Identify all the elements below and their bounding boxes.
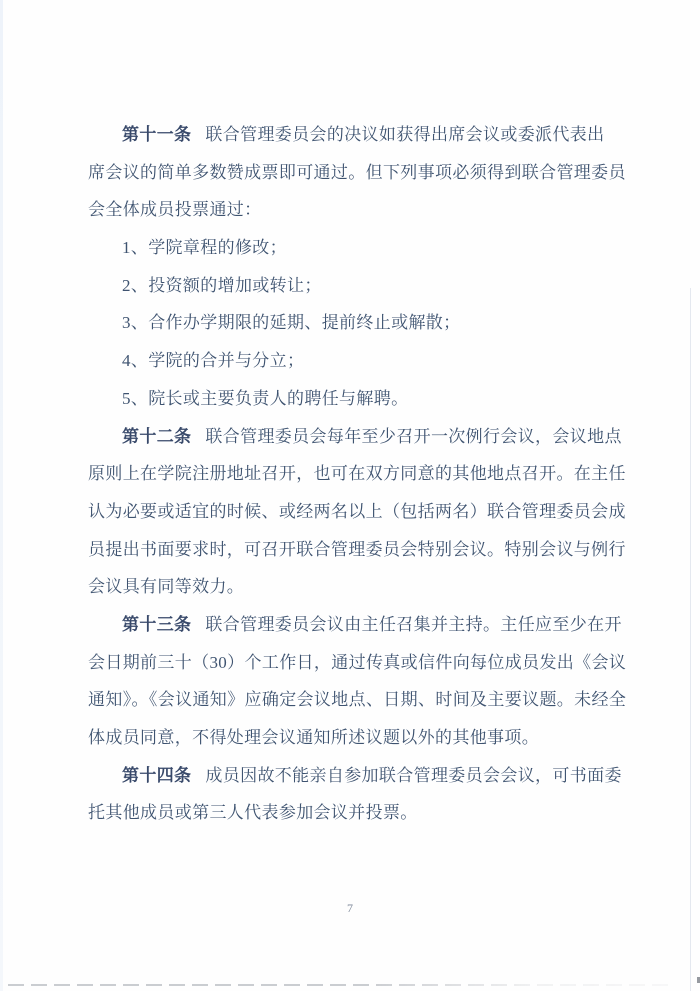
article-13-line-4: 体成员同意，不得处理会议通知所述议题以外的其他事项。 — [88, 719, 633, 757]
article-14-line-2: 托其他成员或第三人代表参加会议并投票。 — [88, 794, 633, 832]
article-12-label: 第十二条 — [122, 427, 191, 446]
document-body: 第十一条联合管理委员会的决议如获得出席会议或委派代表出 席会议的简单多数赞成票即… — [88, 116, 633, 832]
article-12-line-1: 第十二条联合管理委员会每年至少召开一次例行会议，会议地点 — [88, 418, 633, 456]
article-11-line-1-text: 联合管理委员会的决议如获得出席会议或委派代表出 — [205, 125, 604, 144]
article-13-label: 第十三条 — [122, 615, 191, 634]
article-13-line-2: 会日期前三十（30）个工作日，通过传真或信件向每位成员发出《会议 — [88, 644, 633, 682]
vote-item-1: 1、学院章程的修改； — [88, 229, 633, 267]
vote-item-2: 2、投资额的增加或转让； — [88, 267, 633, 305]
article-11-line-3: 会全体成员投票通过： — [88, 191, 633, 229]
page-number: 7 — [0, 901, 700, 916]
article-12-line-5: 会议具有同等效力。 — [88, 568, 633, 606]
article-12-line-1-text: 联合管理委员会每年至少召开一次例行会议，会议地点 — [205, 427, 621, 446]
scan-right-edge-artifact — [690, 288, 691, 991]
vote-item-3: 3、合作办学期限的延期、提前终止或解散； — [88, 304, 633, 342]
document-page: 第十一条联合管理委员会的决议如获得出席会议或委派代表出 席会议的简单多数赞成票即… — [0, 0, 700, 991]
scan-bottom-edge-artifact — [8, 984, 668, 986]
scan-left-edge-artifact — [0, 0, 3, 991]
article-14-line-1-text: 成员因故不能亲自参加联合管理委员会会议，可书面委 — [205, 766, 621, 785]
article-13-line-1-text: 联合管理委员会议由主任召集并主持。主任应至少在开 — [205, 615, 621, 634]
article-11-label: 第十一条 — [122, 125, 191, 144]
article-12-line-2: 原则上在学院注册地址召开，也可在双方同意的其他地点召开。在主任 — [88, 455, 633, 493]
article-11-line-1: 第十一条联合管理委员会的决议如获得出席会议或委派代表出 — [88, 116, 633, 154]
article-13-line-3: 通知》。《会议通知》应确定会议地点、日期、时间及主要议题。未经全 — [88, 681, 633, 719]
article-12-line-3: 认为必要或适宜的时候、或经两名以上（包括两名）联合管理委员会成 — [88, 493, 633, 531]
article-14-label: 第十四条 — [122, 766, 191, 785]
article-13-line-1: 第十三条联合管理委员会议由主任召集并主持。主任应至少在开 — [88, 606, 633, 644]
vote-item-4: 4、学院的合并与分立； — [88, 342, 633, 380]
vote-item-5: 5、院长或主要负责人的聘任与解聘。 — [88, 380, 633, 418]
article-14-line-1: 第十四条成员因故不能亲自参加联合管理委员会会议，可书面委 — [88, 757, 633, 795]
article-12-line-4: 员提出书面要求时，可召开联合管理委员会特别会议。特别会议与例行 — [88, 531, 633, 569]
article-11-line-2: 席会议的简单多数赞成票即可通过。但下列事项必须得到联合管理委员 — [88, 154, 633, 192]
